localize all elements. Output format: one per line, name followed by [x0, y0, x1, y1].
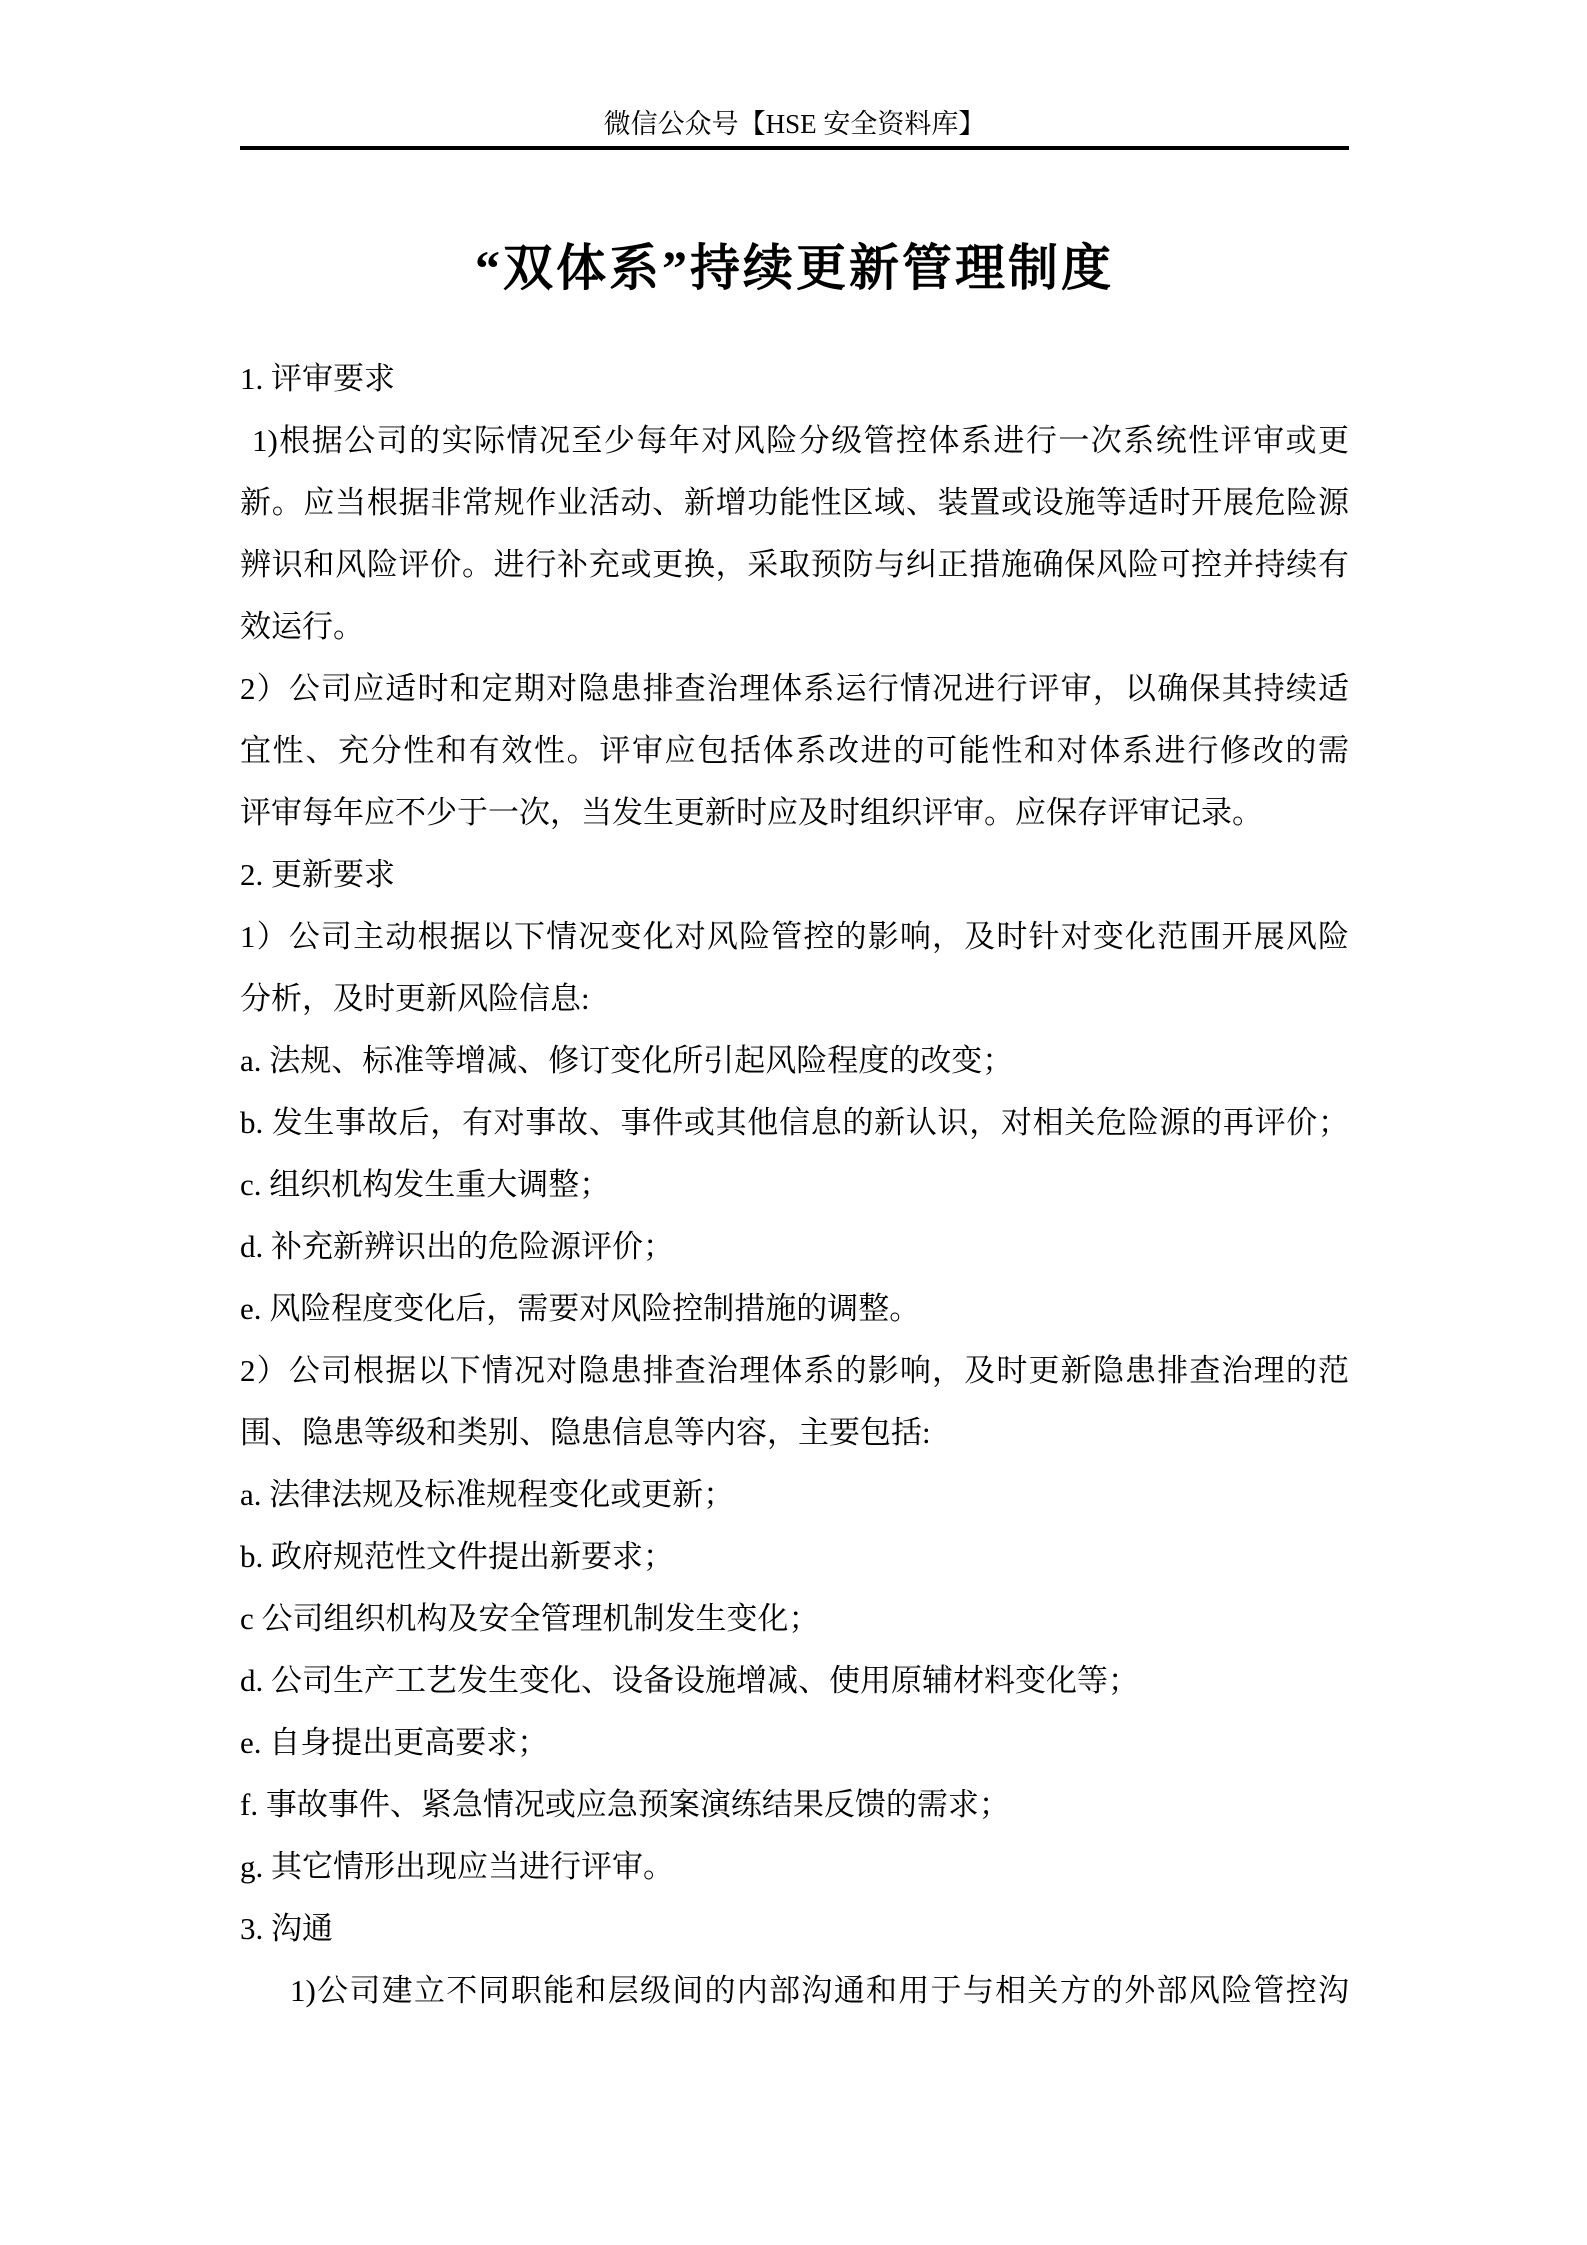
text-line: a. 法律法规及标准规程变化或更新； — [240, 1464, 1349, 1526]
text-line: 1)根据公司的实际情况至少每年对风险分级管控体系进行一次系统性评审或更 — [240, 410, 1349, 472]
header-text: 微信公众号【HSE 安全资料库】 — [604, 109, 986, 139]
text-line: c. 组织机构发生重大调整； — [240, 1154, 1349, 1216]
text-line: 分析，及时更新风险信息: — [240, 968, 1349, 1030]
text-line: 2. 更新要求 — [240, 844, 1349, 906]
text-line: b. 发生事故后，有对事故、事件或其他信息的新认识，对相关危险源的再评价； — [240, 1092, 1349, 1154]
page-header: 微信公众号【HSE 安全资料库】 — [240, 104, 1349, 144]
text-line: 1)公司建立不同职能和层级间的内部沟通和用于与相关方的外部风险管控沟 — [240, 1960, 1349, 2022]
text-line: d. 公司生产工艺发生变化、设备设施增减、使用原辅材料变化等； — [240, 1650, 1349, 1712]
document-page: 微信公众号【HSE 安全资料库】 “双体系”持续更新管理制度 1. 评审要求1)… — [0, 0, 1587, 2245]
text-line: c 公司组织机构及安全管理机制发生变化； — [240, 1588, 1349, 1650]
header-divider — [240, 146, 1349, 150]
text-line: 新。应当根据非常规作业活动、新增功能性区域、装置或设施等适时开展危险源 — [240, 472, 1349, 534]
text-line: g. 其它情形出现应当进行评审。 — [240, 1836, 1349, 1898]
text-line: 2）公司应适时和定期对隐患排查治理体系运行情况进行评审，以确保其持续适 — [240, 658, 1349, 720]
text-line: 3. 沟通 — [240, 1898, 1349, 1960]
text-line: e. 风险程度变化后，需要对风险控制措施的调整。 — [240, 1278, 1349, 1340]
text-line: 评审每年应不少于一次，当发生更新时应及时组织评审。应保存评审记录。 — [240, 782, 1349, 844]
text-line: d. 补充新辨识出的危险源评价； — [240, 1216, 1349, 1278]
text-line: e. 自身提出更高要求； — [240, 1712, 1349, 1774]
text-line: b. 政府规范性文件提出新要求； — [240, 1526, 1349, 1588]
text-line: 效运行。 — [240, 596, 1349, 658]
text-line: 1）公司主动根据以下情况变化对风险管控的影响，及时针对变化范围开展风险 — [240, 906, 1349, 968]
text-line: 围、隐患等级和类别、隐患信息等内容，主要包括: — [240, 1402, 1349, 1464]
text-line: 宜性、充分性和有效性。评审应包括体系改进的可能性和对体系进行修改的需求。 — [240, 720, 1349, 782]
text-line: 1. 评审要求 — [240, 348, 1349, 410]
text-line: 辨识和风险评价。进行补充或更换，采取预防与纠正措施确保风险可控并持续有 — [240, 534, 1349, 596]
text-line: f. 事故事件、紧急情况或应急预案演练结果反馈的需求； — [240, 1774, 1349, 1836]
document-body: 1. 评审要求1)根据公司的实际情况至少每年对风险分级管控体系进行一次系统性评审… — [240, 348, 1349, 2022]
text-line: a. 法规、标准等增减、修订变化所引起风险程度的改变； — [240, 1030, 1349, 1092]
document-title: “双体系”持续更新管理制度 — [240, 228, 1349, 300]
text-line: 2）公司根据以下情况对隐患排查治理体系的影响，及时更新隐患排查治理的范 — [240, 1340, 1349, 1402]
